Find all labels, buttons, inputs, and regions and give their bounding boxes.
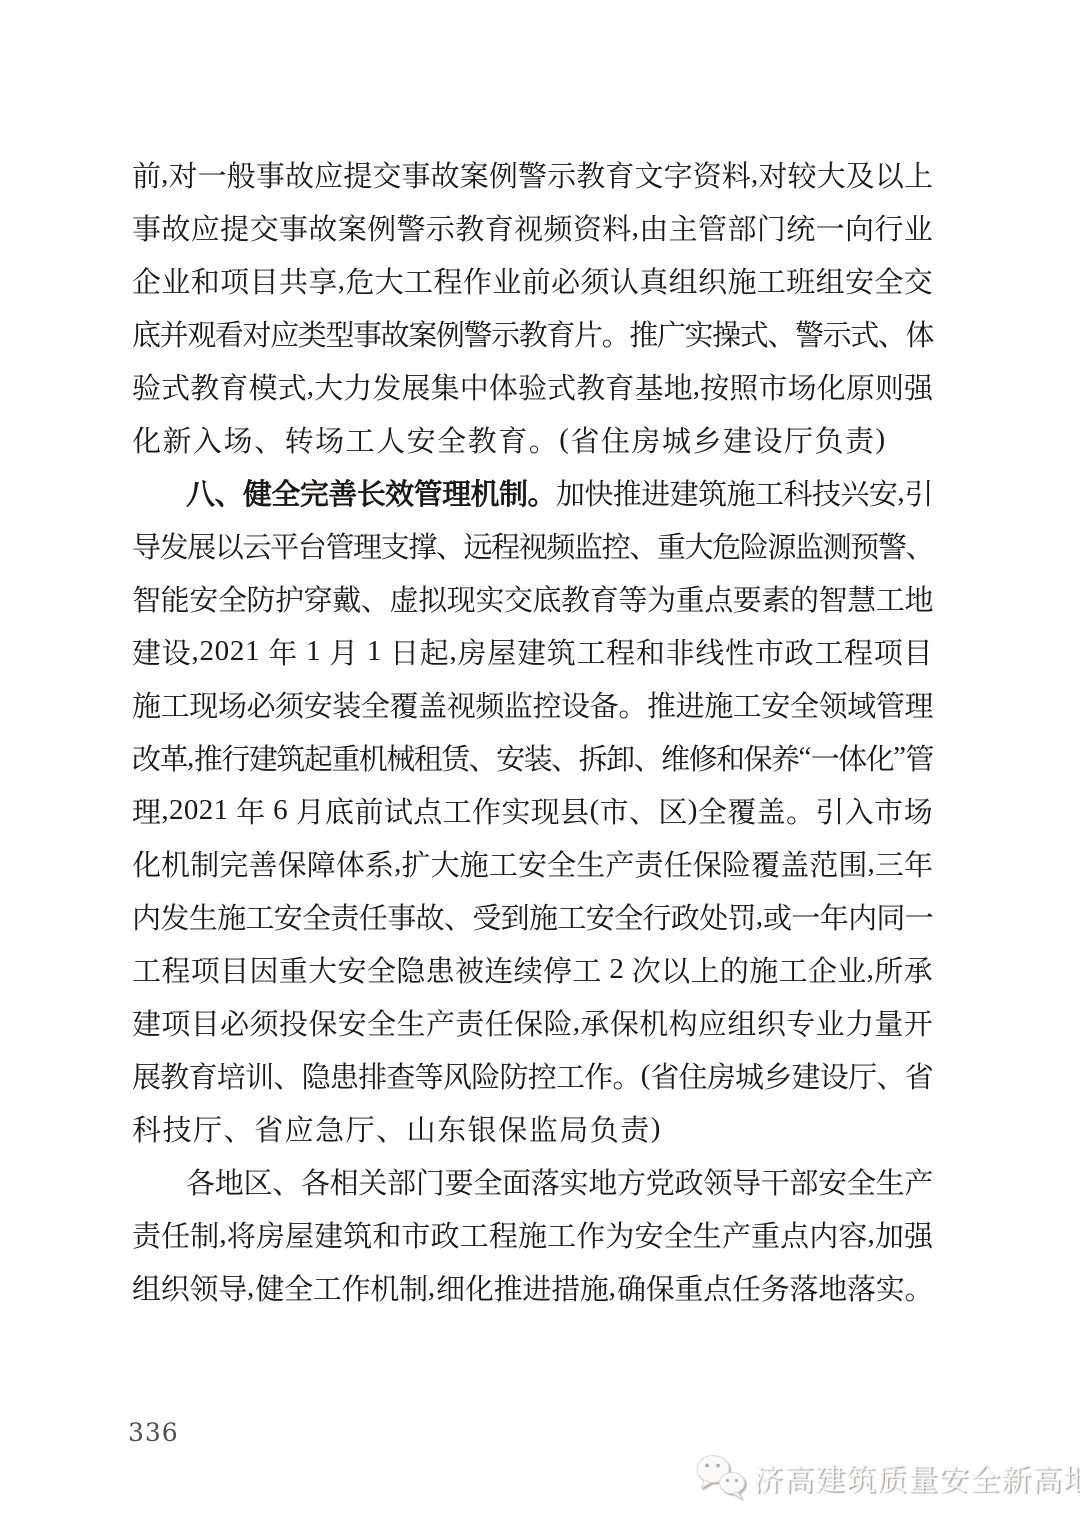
text-line: 工程项目因重大安全隐患被连续停工 2 次以上的施工企业,所承 bbox=[132, 943, 933, 996]
text-line: 组织领导,健全工作机制,细化推进措施,确保重点任务落地落实。 bbox=[132, 1261, 933, 1314]
watermark-text: 济高建筑质量安全新高地 bbox=[753, 1455, 1080, 1499]
text-line: 理,2021 年 6 月底前试点工作实现县(市、区)全覆盖。引入市场 bbox=[132, 784, 933, 837]
paragraph: 前,对一般事故应提交事故案例警示教育文字资料,对较大及以上事故应提交事故案例警示… bbox=[132, 148, 933, 466]
paragraph: 八、健全完善长效管理机制。加快推进建筑施工科技兴安,引导发展以云平台管理支撑、远… bbox=[132, 466, 933, 1155]
text-line: 智能安全防护穿戴、虚拟现实交底教育等为重点要素的智慧工地 bbox=[132, 572, 933, 625]
text-line: 展教育培训、隐患排查等风险防控工作。(省住房城乡建设厅、省 bbox=[132, 1049, 933, 1102]
text-line: 改革,推行建筑起重机械租赁、安装、拆卸、维修和保养“一体化”管 bbox=[132, 731, 933, 784]
text-line: 化新入场、转场工人安全教育。(省住房城乡建设厅负责) bbox=[132, 413, 933, 466]
page-number: 336 bbox=[128, 1418, 179, 1447]
text-line: 内发生施工安全责任事故、受到施工安全行政处罚,或一年内同一 bbox=[132, 890, 933, 943]
text-line: 责任制,将房屋建筑和市政工程施工作为安全生产重点内容,加强 bbox=[132, 1208, 933, 1261]
text-line: 化机制完善保障体系,扩大施工安全生产责任保险覆盖范围,三年 bbox=[132, 837, 933, 890]
text-line: 建项目必须投保安全生产责任保险,承保机构应组织专业力量开 bbox=[132, 996, 933, 1049]
document-body: 前,对一般事故应提交事故案例警示教育文字资料,对较大及以上事故应提交事故案例警示… bbox=[132, 148, 933, 1314]
text-line: 事故应提交事故案例警示教育视频资料,由主管部门统一向行业 bbox=[132, 201, 933, 254]
wechat-icon bbox=[693, 1452, 747, 1502]
text-line: 前,对一般事故应提交事故案例警示教育文字资料,对较大及以上 bbox=[132, 148, 933, 201]
paragraph: 各地区、各相关部门要全面落实地方党政领导干部安全生产责任制,将房屋建筑和市政工程… bbox=[132, 1155, 933, 1314]
text-line: 验式教育模式,大力发展集中体验式教育基地,按照市场化原则强 bbox=[132, 360, 933, 413]
watermark: 济高建筑质量安全新高地 bbox=[693, 1452, 1080, 1502]
text-line: 科技厅、省应急厅、山东银保监局负责) bbox=[132, 1102, 933, 1155]
text-line: 建设,2021 年 1 月 1 日起,房屋建筑工程和非线性市政工程项目 bbox=[132, 625, 933, 678]
document-page: 前,对一般事故应提交事故案例警示教育文字资料,对较大及以上事故应提交事故案例警示… bbox=[0, 0, 1080, 1527]
text-line: 施工现场必须安装全覆盖视频监控设备。推进施工安全领域管理 bbox=[132, 678, 933, 731]
text-line: 各地区、各相关部门要全面落实地方党政领导干部安全生产 bbox=[132, 1155, 933, 1208]
text-line: 八、健全完善长效管理机制。加快推进建筑施工科技兴安,引 bbox=[132, 466, 933, 519]
text-line: 企业和项目共享,危大工程作业前必须认真组织施工班组安全交 bbox=[132, 254, 933, 307]
text-line: 导发展以云平台管理支撑、远程视频监控、重大危险源监测预警、 bbox=[132, 519, 933, 572]
text-line: 底并观看对应类型事故案例警示教育片。推广实操式、警示式、体 bbox=[132, 307, 933, 360]
